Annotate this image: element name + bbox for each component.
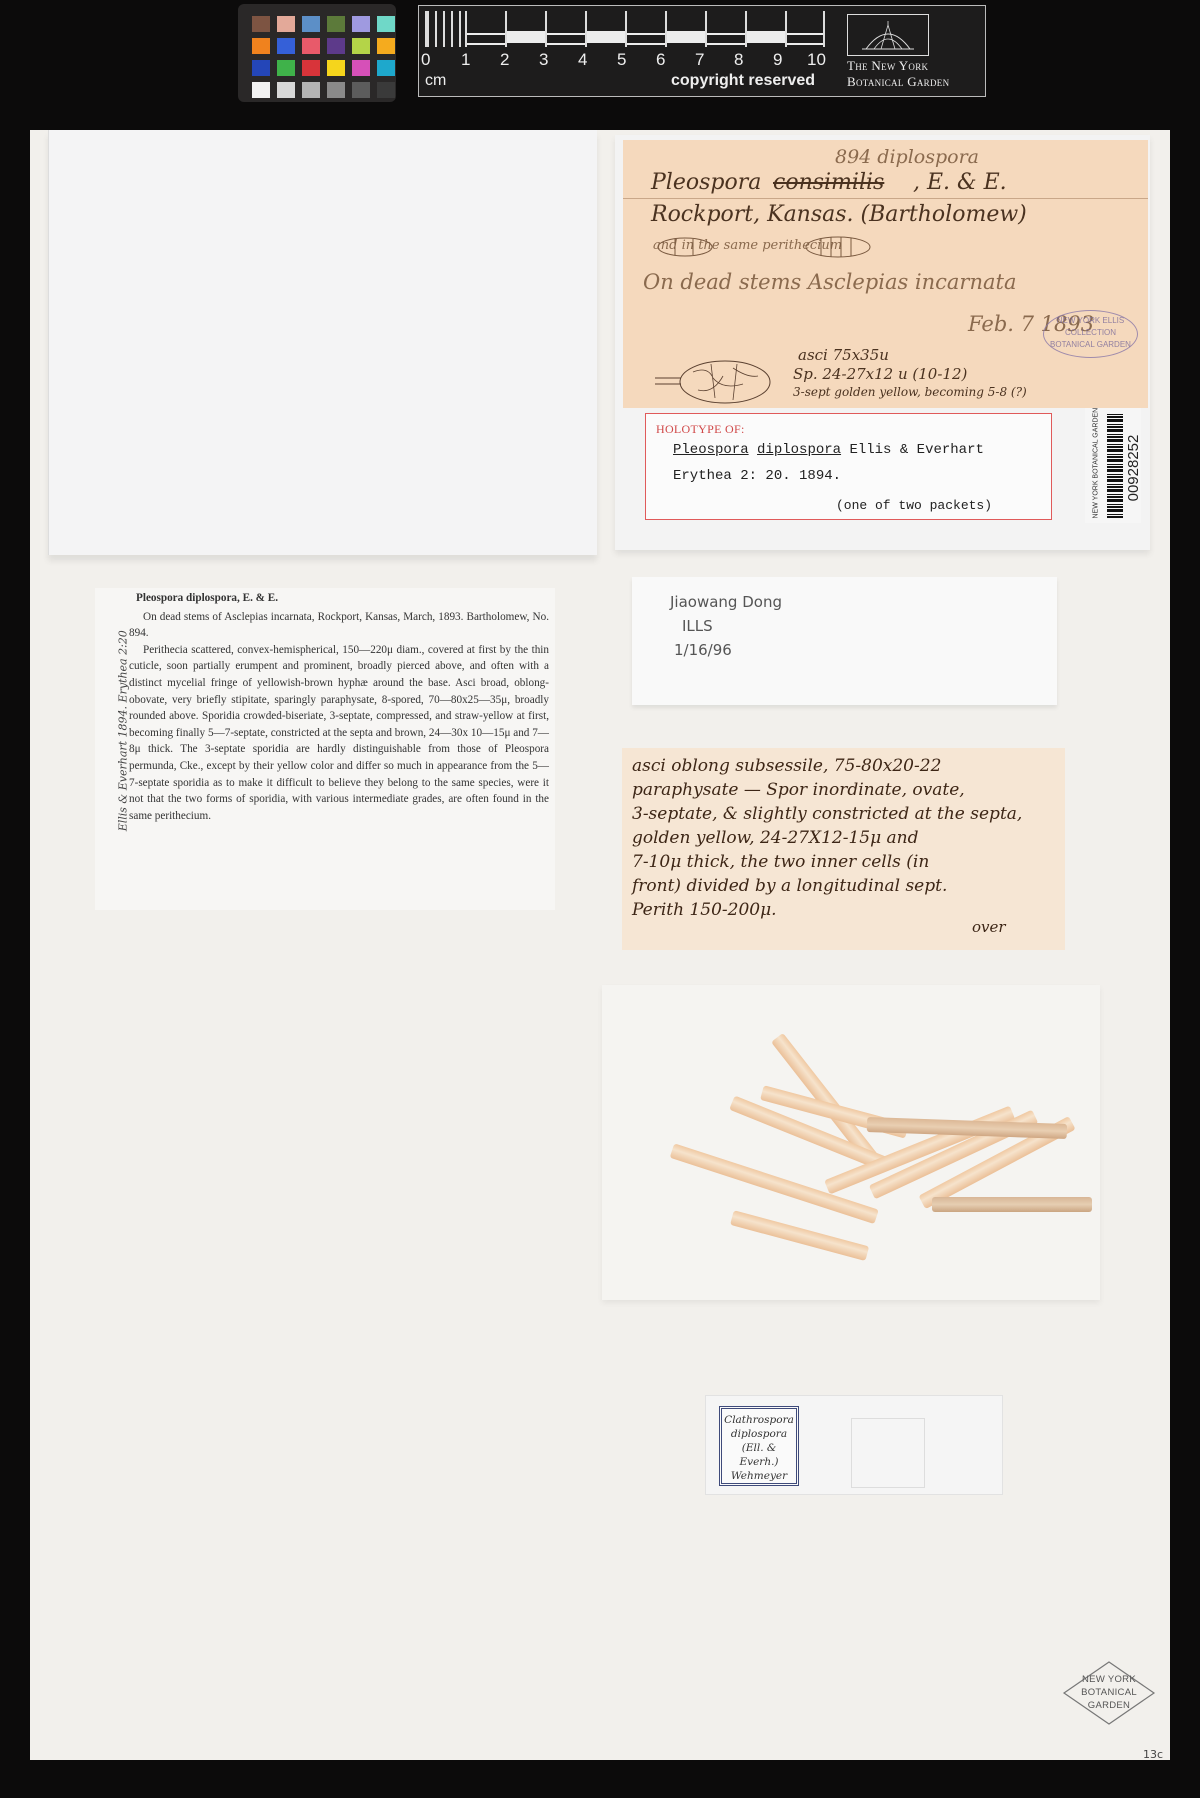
- label-insert-text: 894 diplospora: [835, 146, 979, 168]
- stamp-text-line: GARDEN: [1062, 1699, 1156, 1712]
- ruler-tick-label: 8: [734, 50, 743, 70]
- description-line: 7-10μ thick, the two inner cells (in: [632, 852, 929, 872]
- institution-name-line: The New York: [847, 58, 949, 74]
- sheet-number: 13c: [1143, 1748, 1163, 1761]
- ruler-tick-label: 10: [807, 50, 826, 70]
- ruler-segment: [545, 11, 585, 47]
- barcode-number: 00928252: [1125, 418, 1142, 518]
- holotype-label: HOLOTYPE OF: Pleospora diplospora Ellis …: [645, 413, 1052, 520]
- ruler-tick-label: 4: [578, 50, 587, 70]
- annotation-date: 1/16/96: [674, 641, 732, 659]
- original-collector-label: 894 diplospora Pleospora consimilis , E.…: [623, 140, 1148, 408]
- color-swatch: [277, 82, 295, 98]
- ruler-tick-label: 5: [617, 50, 626, 70]
- label-asci-measure: asci 75x35u: [798, 346, 889, 364]
- ruler-segment: [585, 11, 625, 47]
- color-swatch: [302, 16, 320, 32]
- holotype-heading: HOLOTYPE OF:: [656, 422, 745, 437]
- description-line: golden yellow, 24-27X12-15μ and: [632, 828, 919, 848]
- stamp-text: NEW YORK BOTANICAL GARDEN: [1062, 1673, 1156, 1712]
- label-fold-line: [623, 198, 1148, 199]
- color-checker-card: [238, 4, 396, 102]
- color-swatch: [252, 38, 270, 54]
- microscope-slide[interactable]: Clathrospora diplospora (Ell. & Everh.) …: [705, 1395, 1003, 1495]
- color-swatch: [377, 38, 395, 54]
- color-swatch: [327, 16, 345, 32]
- spore-sketch-icon: [803, 235, 873, 259]
- nybg-diamond-stamp: NEW YORK BOTANICAL GARDEN: [1062, 1660, 1156, 1726]
- color-swatch: [252, 16, 270, 32]
- barcode-institution: NEW YORK BOTANICAL GARDEN: [1093, 409, 1100, 519]
- ruler-tick-label: 7: [695, 50, 704, 70]
- ruler-unit: cm: [425, 72, 446, 90]
- ruler-segment: [505, 11, 545, 47]
- color-swatch: [302, 60, 320, 76]
- color-swatch: [352, 82, 370, 98]
- printed-paragraph-description: Perithecia scattered, convex-hemispheric…: [129, 642, 549, 825]
- handwritten-description-label: asci oblong subsessile, 75-80x20-22 para…: [622, 748, 1065, 950]
- institution-name-line: Botanical Garden: [847, 74, 949, 90]
- annotator-name: Jiaowang Dong: [670, 593, 782, 611]
- label-substrate: On dead stems Asclepias incarnata: [643, 270, 1016, 294]
- stamp-text-line: BOTANICAL: [1062, 1686, 1156, 1699]
- description-line: front) divided by a longitudinal sept.: [632, 876, 947, 896]
- ruler-segment: [465, 11, 505, 47]
- specimen-stems-card[interactable]: [602, 985, 1100, 1300]
- ruler-segment: [665, 11, 705, 47]
- color-swatch: [352, 16, 370, 32]
- ruler-bar: [425, 11, 823, 47]
- ruler-tick-label: 1: [461, 50, 470, 70]
- holotype-taxon-name: Pleospora diplospora Ellis & Everhart: [673, 442, 984, 458]
- label-spore-measure: Sp. 24-27x12 u (10-12): [793, 365, 967, 383]
- color-swatch: [352, 60, 370, 76]
- slide-coverslip: [851, 1418, 925, 1488]
- spore-sketch-icon: [655, 236, 715, 258]
- color-swatch: [327, 38, 345, 54]
- color-swatch: [252, 60, 270, 76]
- printed-title: Pleospora diplospora, E. & E.: [136, 590, 549, 607]
- printed-paragraph-collection: On dead stems of Asclepias incarnata, Ro…: [129, 609, 549, 642]
- color-swatch: [277, 16, 295, 32]
- ruler-tick-label: 3: [539, 50, 548, 70]
- blank-specimen-packet[interactable]: [48, 130, 597, 555]
- ellis-collection-stamp: NEW YORK ELLIS COLLECTION BOTANICAL GARD…: [1043, 310, 1138, 358]
- color-swatch: [302, 38, 320, 54]
- description-line: Perith 150-200μ.: [632, 900, 777, 920]
- color-swatch: [352, 38, 370, 54]
- ruler-mm-segment: [425, 11, 465, 47]
- label-genus: Pleospora: [651, 170, 761, 195]
- color-swatch: [277, 60, 295, 76]
- stem-fragment: [730, 1210, 869, 1261]
- ruler-segment: [625, 11, 665, 47]
- conservatory-dome-icon: [847, 14, 929, 56]
- color-swatch: [377, 16, 395, 32]
- color-swatch: [327, 60, 345, 76]
- holotype-packet-note: (one of two packets): [836, 498, 992, 513]
- slide-label-line: diplospora: [722, 1427, 796, 1441]
- holotype-authors: Ellis & Everhart: [849, 442, 983, 458]
- annotation-label: Jiaowang Dong ILLS 1/16/96: [632, 577, 1057, 705]
- ruler-segment: [785, 11, 825, 47]
- holotype-epithet: diplospora: [757, 442, 841, 458]
- description-line: asci oblong subsessile, 75-80x20-22: [632, 756, 941, 776]
- color-swatch: [252, 82, 270, 98]
- scale-ruler: 0 1 2 3 4 5 6 7 8 9 10 cm copyright rese…: [418, 5, 986, 97]
- barcode-label: NEW YORK BOTANICAL GARDEN 00928252: [1085, 408, 1141, 523]
- slide-label-line: Wehmeyer: [722, 1469, 796, 1483]
- label-authority: , E. & E.: [913, 170, 1007, 195]
- ascus-sketch-icon: [653, 358, 773, 406]
- color-swatch: [277, 38, 295, 54]
- label-locality: Rockport, Kansas. (Bartholomew): [651, 202, 1027, 227]
- color-swatch: [302, 82, 320, 98]
- label-spore-note-2: 3-sept golden yellow, becoming 5-8 (?): [793, 385, 1027, 399]
- slide-label-line: (Ell. & Everh.): [722, 1441, 796, 1469]
- printed-description-label: Ellis & Everhart 1894. Erythea 2:20 Pleo…: [95, 588, 555, 910]
- copyright-notice: copyright reserved: [671, 72, 815, 90]
- stem-fragment: [932, 1197, 1092, 1212]
- barcode-icon: [1107, 412, 1123, 518]
- ruler-tick-label: 9: [773, 50, 782, 70]
- slide-label: Clathrospora diplospora (Ell. & Everh.) …: [719, 1406, 799, 1486]
- ruler-segment: [745, 11, 785, 47]
- holotype-citation: Erythea 2: 20. 1894.: [673, 468, 841, 484]
- description-line: 3-septate, & slightly constricted at the…: [632, 804, 1022, 824]
- slide-label-line: Clathrospora: [722, 1413, 796, 1427]
- color-swatch: [327, 82, 345, 98]
- color-swatch: [377, 60, 395, 76]
- description-line: paraphysate — Spor inordinate, ovate,: [632, 780, 965, 800]
- annotator-herbarium: ILLS: [682, 617, 713, 635]
- stamp-text-line: NEW YORK: [1062, 1673, 1156, 1686]
- ruler-tick-label: 0: [421, 50, 430, 70]
- ruler-tick-label: 2: [500, 50, 509, 70]
- printed-description-body: Pleospora diplospora, E. & E. On dead st…: [129, 588, 549, 824]
- ruler-segment: [705, 11, 745, 47]
- holotype-genus: Pleospora: [673, 442, 749, 458]
- ruler-tick-label: 6: [656, 50, 665, 70]
- institution-name: The New York Botanical Garden: [847, 58, 949, 90]
- label-struck-epithet: consimilis: [773, 170, 884, 195]
- description-over-note: over: [972, 918, 1006, 936]
- color-swatch: [377, 82, 395, 98]
